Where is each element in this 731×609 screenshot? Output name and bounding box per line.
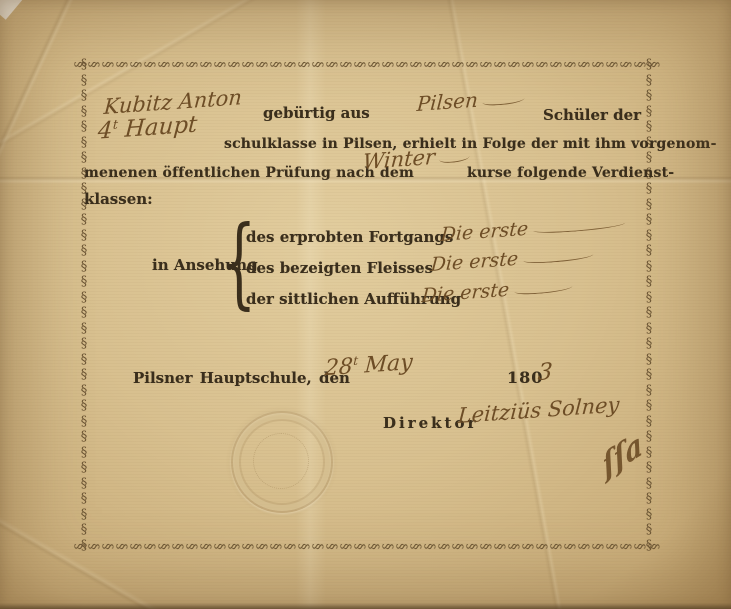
year-digit-handwritten: 3	[537, 359, 553, 386]
grade-progress-handwritten: Die erste	[440, 211, 626, 246]
birthplace-text: Pilsen	[416, 88, 479, 116]
course-text: Winter	[362, 145, 436, 174]
grade-text: Die erste	[430, 248, 519, 276]
pen-flourish	[533, 219, 625, 234]
ornamental-border-right: §§§§§§§§§§§§§§§§§§§§§§§§§§§§§§§§	[641, 58, 657, 552]
certificate-line-3-suffix: kurse folgende Verdienst-	[467, 165, 674, 181]
scan-bottom-shadow	[0, 603, 731, 609]
certificate-scan: §§§§§§§§§§§§§§§§§§§§§§§§§§§§§§§§§§§§§§§§…	[0, 0, 731, 609]
pen-flourish	[523, 251, 593, 265]
day-suffix: t	[353, 354, 359, 368]
pen-flourish	[514, 282, 572, 295]
class-word: Haupt	[124, 112, 198, 143]
birthplace-handwritten: Pilsen	[416, 84, 526, 116]
class-number: 4	[97, 117, 113, 144]
ornamental-border-top: §§§§§§§§§§§§§§§§§§§§§§§§§§§§§§§§§§§§§§§§…	[76, 56, 657, 72]
day-number: 28	[324, 354, 354, 381]
ornamental-border-left: §§§§§§§§§§§§§§§§§§§§§§§§§§§§§§§§	[76, 58, 92, 552]
criterion-label-diligence: des bezeigten Fleisses	[246, 259, 433, 277]
ornamental-border-bottom: §§§§§§§§§§§§§§§§§§§§§§§§§§§§§§§§§§§§§§§§…	[76, 538, 657, 554]
pen-flourish	[440, 152, 471, 163]
month-name: May	[364, 350, 414, 379]
pen-flourish	[482, 94, 525, 106]
grade-text: Die erste	[421, 279, 510, 307]
grade-conduct-handwritten: Die erste	[421, 274, 573, 307]
signature-paraph: ſſa	[600, 425, 646, 485]
director-signature-handwritten: Leitziüs Solney	[457, 393, 620, 428]
born-label: gebürtig aus	[263, 104, 370, 122]
certificate-line-4: klassen:	[84, 190, 153, 208]
scan-corner-white	[0, 0, 24, 20]
embossed-seal-inner-ring	[253, 433, 309, 489]
class-suffix: t	[112, 116, 118, 131]
date-handwritten: 28t May	[324, 350, 414, 382]
criterion-label-progress: des erprobten Fortgangs	[246, 228, 453, 246]
class-entry-handwritten: 4t Haupt	[97, 111, 198, 145]
pupil-of-label: Schüler der	[543, 106, 641, 124]
school-date-label: Pilsner Hauptschule, den	[133, 369, 350, 387]
grade-diligence-handwritten: Die erste	[430, 242, 594, 276]
grade-text: Die erste	[440, 218, 529, 246]
embossed-seal	[231, 411, 333, 513]
